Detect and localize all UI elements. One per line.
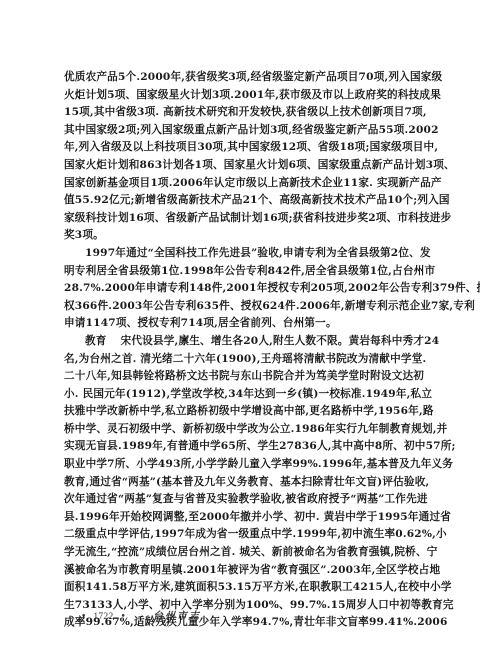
bullet-dot: • [81, 609, 86, 625]
document-page: 优质农产品5个.2000年,获省级奖3项,经省级鉴定新产品项目70项,列入国家级… [0, 0, 480, 651]
text-line: 国家创新基金项目1项.2006年认定市级以上高新技术企业11家. 实现新产品产 [64, 175, 418, 193]
text-line: 值55.92亿元;新增省级高新技术产品21个、高级高新技术技术产品10个;列入国 [64, 192, 418, 210]
text-span: 宋代设县学,廪生、增生各20人,附生人数不限。黄岩每科中秀才24 [121, 335, 440, 347]
page-footer: • 1722 • 台州市志 [74, 609, 201, 625]
text-line: 其中国家级2项;列入国家级重点新产品计划3项,经省级鉴定新产品55项.2002 [64, 122, 418, 140]
text-line: 教育,通过省“两基”(基本普及九年义务教育、基本扫除青壮年文盲)评估验收, [64, 474, 418, 492]
text-line: 次年通过省“两基”复查与省普及实验教学验收,被省政府授予“两基”工作先进 [64, 491, 418, 509]
text-line: 职业中学7所、小学493所,小学学龄儿童入学率99%.1996年,基本普及九年义… [64, 456, 418, 474]
text-line: 家级科技计划16项、省级新产品试制计划16项;获省科技进步奖2项、市科技进步 [64, 210, 418, 228]
section-education: 教育宋代设县学,廪生、增生各20人,附生人数不限。黄岩每科中秀才24 名,为台州… [64, 333, 418, 632]
text-line: 国家火炬计划和863计划各1项、国家星火计划6项、国家级重点新产品计划3项、 [64, 157, 418, 175]
text-line: 二级重点中学评估,1997年成为省一级重点中学.1999年,初中流生率0.62%… [64, 526, 418, 544]
paragraph-patents: 1997年通过“全国科技工作先进县”验收,申请专利为全省县级第2位、发 明专利居… [64, 245, 418, 333]
text-line: 小. 民国元年(1912),学堂改学校,34年达到一乡(镇)一校标准.1949年… [64, 386, 418, 404]
text-line: 实现无盲县.1989年,有普通中学65所、学生27836人,其中高中8所、初中5… [64, 438, 418, 456]
text-line: 年,列入省级及以上科技项目30项,其中国家级12项、省级18项;国家级项目中, [64, 139, 418, 157]
text-line: 奖3项。 [64, 227, 418, 245]
text-line: 学无流生,“控流”成绩位居台州之首. 城关、新前被命名为省教育强镇,院桥、宁 [64, 544, 418, 562]
text-line: 溪被命名为市教育明星镇.2001年被评为省“教育强区”.2003年,全区学校占地 [64, 562, 418, 580]
text-line: 面积141.58万平方米,建筑面积53.15万平方米,在职教职工4215人,在校… [64, 579, 418, 597]
book-title: 台州市志 [153, 609, 201, 625]
text-line: 教育宋代设县学,廪生、增生各20人,附生人数不限。黄岩每科中秀才24 [64, 333, 418, 351]
section-heading-education: 教育 [85, 335, 107, 347]
text-line: 权366件.2003年公告专利635件、授权624件.2006年,新增专利示范企… [64, 298, 418, 316]
text-line: 扶雅中学改新桥中学,私立路桥初级中学增设高中部,更名路桥中学,1956年,路 [64, 403, 418, 421]
page-number: 1722 [93, 609, 113, 625]
paragraph-science-achievements: 优质农产品5个.2000年,获省级奖3项,经省级鉴定新产品项目70项,列入国家级… [64, 69, 418, 245]
text-line: 桥中学、灵石初级中学、新桥初级中学改为公立.1986年实行九年制教育规划,并 [64, 421, 418, 439]
text-line: 明专利居全省县级第1位.1998年公告专利842件,居全省县级第1位,占台州市 [64, 263, 418, 281]
text-line: 28.7%.2000年申请专利148件,2001年授权专利205项,2002年公… [64, 280, 418, 298]
bullet-dot: • [121, 609, 126, 625]
body-text: 优质农产品5个.2000年,获省级奖3项,经省级鉴定新产品项目70项,列入国家级… [64, 69, 418, 632]
text-line: 15项,其中省级3项. 高新技术研究和开发较快,获省级以上技术创新项目7项, [64, 104, 418, 122]
text-line: 二十八年,知县韩铨将路桥文达书院与东山书院合并为笃美学堂时附设文达初 [64, 368, 418, 386]
text-line: 县.1996年开始校网调整,至2000年撤并小学、初中. 黄岩中学于1995年通… [64, 509, 418, 527]
text-line: 1997年通过“全国科技工作先进县”验收,申请专利为全省县级第2位、发 [64, 245, 418, 263]
text-line: 优质农产品5个.2000年,获省级奖3项,经省级鉴定新产品项目70项,列入国家级 [64, 69, 418, 87]
text-line: 申请1147项、授权专利714项,居全省前列、台州第一。 [64, 315, 418, 333]
text-line: 火炬计划5项、国家级星火计划3项.2001年,获市级及市以上政府奖的科技成果 [64, 87, 418, 105]
text-line: 名,为台州之首. 清光绪二十六年(1900),王舟瑶将清献书院改为清献中学堂. [64, 351, 418, 369]
